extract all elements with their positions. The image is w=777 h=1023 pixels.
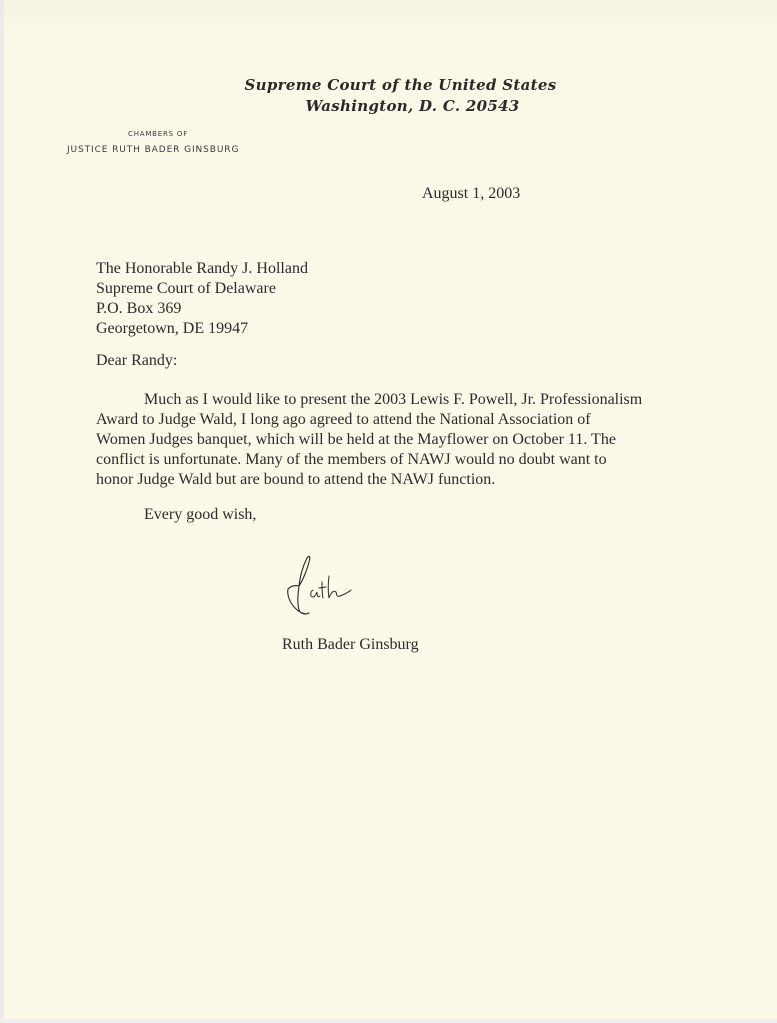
closing: Every good wish, — [144, 506, 256, 524]
letter-date: August 1, 2003 — [422, 185, 520, 203]
recipient-line: Georgetown, DE 19947 — [96, 319, 308, 339]
page-edge-left — [0, 0, 4, 1023]
body-line: Much as I would like to present the 2003… — [96, 390, 736, 410]
body-line: Award to Judge Wald, I long ago agreed t… — [96, 410, 736, 430]
handwritten-signature — [285, 552, 365, 622]
recipient-line: P.O. Box 369 — [96, 299, 308, 319]
page-edge-bottom — [0, 1019, 777, 1023]
letterhead-city: Washington, D. C. 20543 — [24, 97, 777, 115]
letter-body: Much as I would like to present the 2003… — [96, 390, 736, 490]
letter-page: Supreme Court of the United States Washi… — [0, 0, 777, 1023]
body-line: conflict is unfortunate. Many of the mem… — [96, 450, 736, 470]
letterhead-court-name: Supreme Court of the United States — [12, 76, 777, 94]
letterhead-justice-name: JUSTICE RUTH BADER GINSBURG — [67, 145, 239, 155]
letterhead-chambers-label: CHAMBERS OF — [128, 130, 188, 138]
salutation: Dear Randy: — [96, 352, 177, 370]
signer-name: Ruth Bader Ginsburg — [282, 636, 419, 654]
recipient-line: The Honorable Randy J. Holland — [96, 259, 308, 279]
body-line: Women Judges banquet, which will be held… — [96, 430, 736, 450]
recipient-line: Supreme Court of Delaware — [96, 279, 308, 299]
body-line: honor Judge Wald but are bound to attend… — [96, 470, 736, 490]
recipient-address: The Honorable Randy J. Holland Supreme C… — [96, 259, 308, 339]
